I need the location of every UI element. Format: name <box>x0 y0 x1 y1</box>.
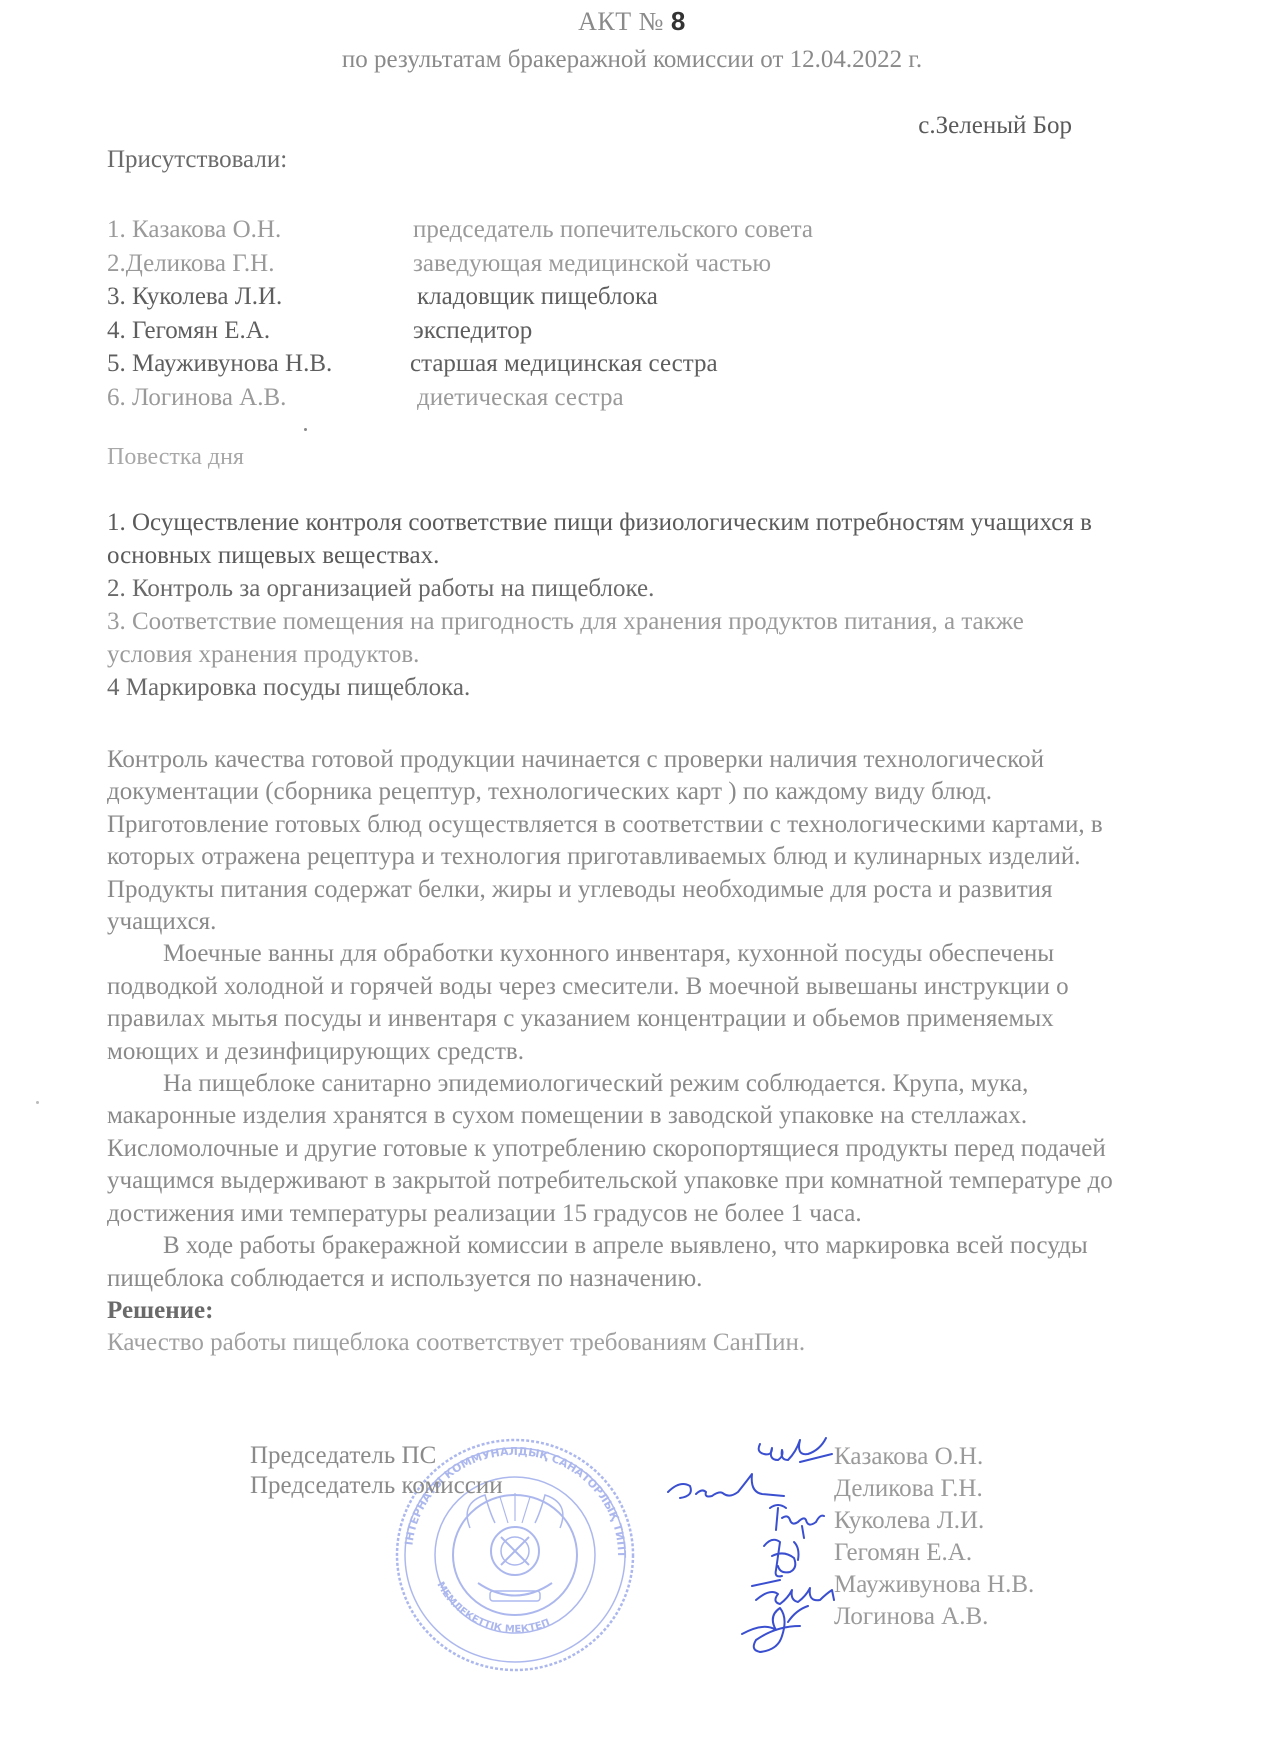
decision-text: Качество работы пищеблока соответствует … <box>107 1327 1117 1359</box>
signature-titles: Председатель ПС Председатель комиссии <box>250 1441 503 1501</box>
agenda-item: 2. Контроль за организацией работы на пи… <box>107 572 1107 605</box>
attendee-role: председатель попечительского совета <box>413 213 813 247</box>
document-subtitle: по результатам бракеражной комиссии от 1… <box>0 46 1264 74</box>
signature-title-chair-ps: Председатель ПС <box>250 1441 503 1471</box>
svg-text:МЕМЛЕКЕТТІК МЕКТЕП: МЕМЛЕКЕТТІК МЕКТЕП <box>434 1580 551 1635</box>
attendee-item: 6. Логинова А.В. диетическая сестра <box>107 381 813 415</box>
attendee-item: 5. Мауживунова Н.В. старшая медицинская … <box>107 347 813 381</box>
attendee-role: экспедитор <box>413 314 532 348</box>
attendee-role: кладовщик пищеблока <box>417 280 658 314</box>
attendee-name: 4. Гегомян Е.А. <box>107 314 413 348</box>
report-paragraph: В ходе работы бракеражной комиссии в апр… <box>107 1230 1117 1295</box>
agenda-label: Повестка дня <box>107 444 244 471</box>
document-page: АКТ № 8 по результатам бракеражной комис… <box>0 0 1264 1752</box>
signature-title-chair-commission: Председатель комиссии <box>250 1471 503 1501</box>
scan-speck <box>304 428 307 431</box>
signatory-name: Логинова А.В. <box>834 1601 1034 1633</box>
report-paragraph: Контроль качества готовой продукции начи… <box>107 744 1117 938</box>
agenda-list: 1. Осуществление контроля соответствие п… <box>107 506 1107 704</box>
report-body: Контроль качества готовой продукции начи… <box>107 744 1117 1360</box>
attendee-role: диетическая сестра <box>417 381 624 415</box>
attendee-role: заведующая медицинской частью <box>413 247 771 281</box>
title-prefix: АКТ № <box>578 7 664 36</box>
signatory-name: Куколева Л.И. <box>834 1505 1034 1537</box>
decision-label: Решение: <box>107 1295 1117 1327</box>
signatory-name: Казакова О.Н. <box>834 1441 1034 1473</box>
scan-speck <box>36 1101 39 1104</box>
attendee-role: старшая медицинская сестра <box>410 347 718 381</box>
attendee-item: 4. Гегомян Е.А. экспедитор <box>107 314 813 348</box>
agenda-item: 1. Осуществление контроля соответствие п… <box>107 506 1107 572</box>
attendee-item: 2.Деликова Г.Н. заведующая медицинской ч… <box>107 247 813 281</box>
act-number: 8 <box>671 6 686 36</box>
attendee-list: 1. Казакова О.Н. председатель попечитель… <box>107 213 813 414</box>
attendee-name: 5. Мауживунова Н.В. <box>107 347 410 381</box>
attendee-name: 1. Казакова О.Н. <box>107 213 413 247</box>
attendee-name: 3. Куколева Л.И. <box>107 280 413 314</box>
agenda-item: 3. Соответствие помещения на пригодность… <box>107 605 1107 671</box>
place-name: с.Зеленый Бор <box>918 112 1072 140</box>
signatory-name: Мауживунова Н.В. <box>834 1569 1034 1601</box>
agenda-item: 4 Маркировка посуды пищеблока. <box>107 671 1107 704</box>
handwritten-signatures-icon <box>660 1430 840 1660</box>
signatory-name: Деликова Г.Н. <box>834 1473 1034 1505</box>
attendee-item: 3. Куколева Л.И. кладовщик пищеблока <box>107 280 813 314</box>
attendee-name: 6. Логинова А.В. <box>107 381 413 415</box>
attendee-name: 2.Деликова Г.Н. <box>107 247 413 281</box>
attendance-label: Присутствовали: <box>107 146 287 174</box>
signatory-name: Гегомян Е.А. <box>834 1537 1034 1569</box>
report-paragraph: Моечные ванны для обработки кухонного ин… <box>107 938 1117 1068</box>
document-title: АКТ № 8 <box>0 6 1264 37</box>
attendee-item: 1. Казакова О.Н. председатель попечитель… <box>107 213 813 247</box>
signatory-list: Казакова О.Н. Деликова Г.Н. Куколева Л.И… <box>834 1441 1034 1633</box>
report-paragraph: На пищеблоке санитарно эпидемиологически… <box>107 1068 1117 1230</box>
